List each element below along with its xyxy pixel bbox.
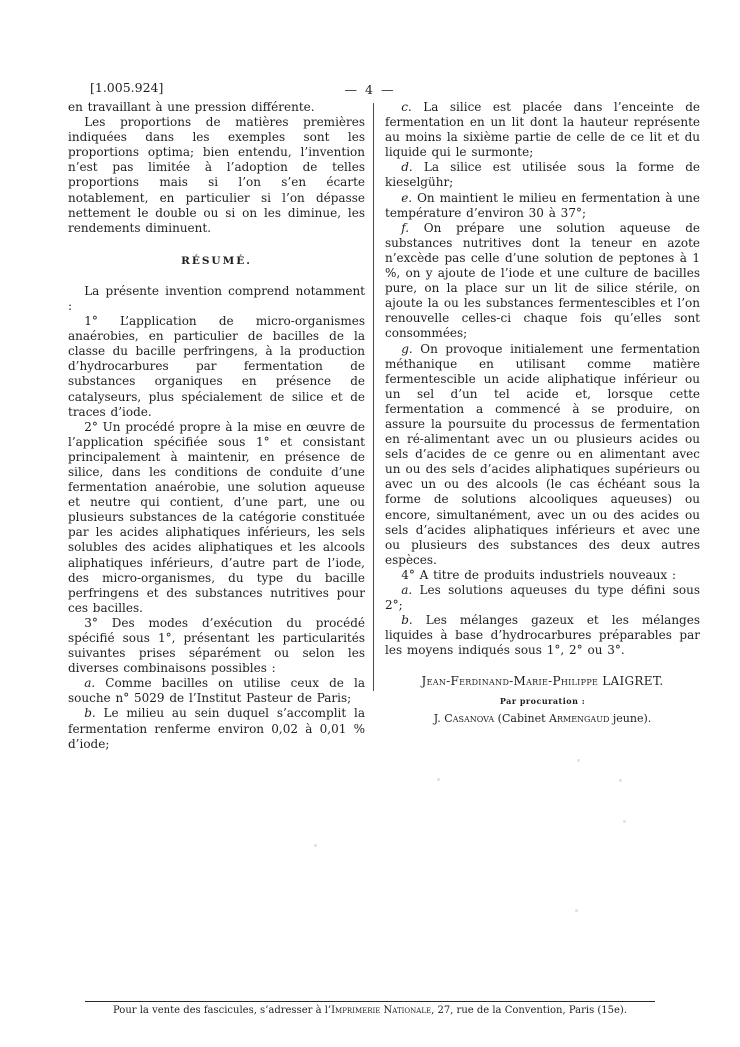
paragraph-lead: c.	[401, 100, 412, 114]
footer-rule	[85, 1001, 655, 1002]
left-column: en travaillant à une pression différente…	[68, 100, 365, 752]
paragraph-text: Comme bacilles on utilise ceux de la sou…	[68, 676, 365, 705]
paragraph-text: Les proportions de matières premières in…	[68, 115, 365, 235]
paragraph: 2° Un procédé propre à la mise en œuvre …	[68, 420, 365, 616]
paragraph-text: 4° A titre de produits industriels nouve…	[401, 568, 676, 582]
footer-imprimerie: Imprimerie Nationale	[331, 1005, 431, 1016]
paragraph-text: 3° Des modes d’exécution du procédé spéc…	[68, 616, 365, 675]
paragraph-text: On provoque initialement une fermentatio…	[385, 342, 700, 567]
footer-imprint: Pour la vente des fascicules, s’adresser…	[0, 1005, 740, 1016]
scan-speckle	[437, 778, 440, 781]
paragraph-text: La silice est placée dans l’enceinte de …	[385, 100, 700, 159]
agent-cabinet-post: jeune).	[609, 712, 651, 725]
signature-given-names: Jean-Ferdinand-Marie-Philippe	[422, 674, 603, 688]
paragraph-lead: b.	[401, 613, 413, 627]
paragraph: La présente invention comprend notamment…	[68, 284, 365, 314]
paragraph: 3° Des modes d’exécution du procédé spéc…	[68, 616, 365, 676]
paragraph-lead: d.	[401, 160, 413, 174]
scan-speckle	[575, 909, 578, 912]
scan-speckle	[623, 820, 626, 823]
agent-cabinet-pre: (Cabinet	[494, 712, 549, 725]
paragraph: f. On prépare une solution aqueuse de su…	[385, 221, 700, 342]
paragraph: Les proportions de matières premières in…	[68, 115, 365, 236]
scan-speckle	[314, 844, 317, 847]
footer-part2: , 27, rue de la Convention, Paris (15e).	[431, 1005, 627, 1016]
paragraph-text: Le milieu au sein duquel s’accomplit la …	[68, 706, 365, 750]
paragraph-text: Les mélanges gazeux et les mélanges liqu…	[385, 613, 700, 657]
paragraph: b. Le milieu au sein duquel s’accomplit …	[68, 706, 365, 751]
agent-initial: J.	[434, 712, 445, 725]
signature-agent: J. Casanova (Cabinet Armengaud jeune).	[385, 712, 700, 725]
paragraph-text: La silice est utilisée sous la forme de …	[385, 160, 700, 189]
agent-firm: Armengaud	[549, 712, 609, 725]
paragraph-text: On maintient le milieu en fermentation à…	[385, 191, 700, 220]
signature-family-name: LAIGRET.	[602, 674, 663, 688]
paragraph: a. Comme bacilles on utilise ceux de la …	[68, 676, 365, 706]
signature-name: Jean-Ferdinand-Marie-Philippe LAIGRET.	[385, 674, 700, 688]
paragraph-lead: f.	[401, 221, 409, 235]
footer-part1: Pour la vente des fascicules, s’adresser…	[113, 1005, 331, 1016]
resume-heading: RÉSUMÉ.	[68, 255, 365, 267]
paragraph-lead: e.	[401, 191, 412, 205]
paragraph: en travaillant à une pression différente…	[68, 100, 365, 115]
paragraph: d. La silice est utilisée sous la forme …	[385, 160, 700, 190]
page-number: — 4 —	[0, 82, 740, 97]
agent-name: Casanova	[444, 712, 494, 725]
paragraph-lead: a.	[84, 676, 95, 690]
paragraph-text: La présente invention comprend notamment…	[68, 284, 365, 313]
paragraph: b. Les mélanges gazeux et les mélanges l…	[385, 613, 700, 658]
paragraph-lead: g.	[401, 342, 413, 356]
paragraph-text: 2° Un procédé propre à la mise en œuvre …	[68, 420, 365, 615]
paragraph-lead: a.	[401, 583, 412, 597]
paragraph-text: Les solutions aqueuses du type défini so…	[385, 583, 700, 612]
scan-speckle	[619, 779, 622, 782]
text-columns: en travaillant à une pression différente…	[68, 100, 700, 752]
scan-speckle	[577, 759, 580, 762]
paragraph: e. On maintient le milieu en fermentatio…	[385, 191, 700, 221]
signature-block: Jean-Ferdinand-Marie-Philippe LAIGRET. P…	[385, 674, 700, 725]
paragraph: c. La silice est placée dans l’enceinte …	[385, 100, 700, 160]
paragraph: a. Les solutions aqueuses du type défini…	[385, 583, 700, 613]
paragraph: 1° L’application de micro-organismes ana…	[68, 314, 365, 420]
paragraph-text: On prépare une solution aqueuse de subst…	[385, 221, 700, 341]
patent-page: [1.005.924] — 4 — en travaillant à une p…	[0, 0, 740, 1047]
paragraph: g. On provoque initialement une fermenta…	[385, 342, 700, 568]
signature-procuration: Par procuration :	[385, 696, 700, 706]
paragraph: 4° A titre de produits industriels nouve…	[385, 568, 700, 583]
paragraph-text: 1° L’application de micro-organismes ana…	[68, 314, 365, 419]
paragraph-text: en travaillant à une pression différente…	[68, 100, 315, 114]
paragraph-lead: b.	[84, 706, 96, 720]
right-column: c. La silice est placée dans l’enceinte …	[385, 100, 700, 725]
